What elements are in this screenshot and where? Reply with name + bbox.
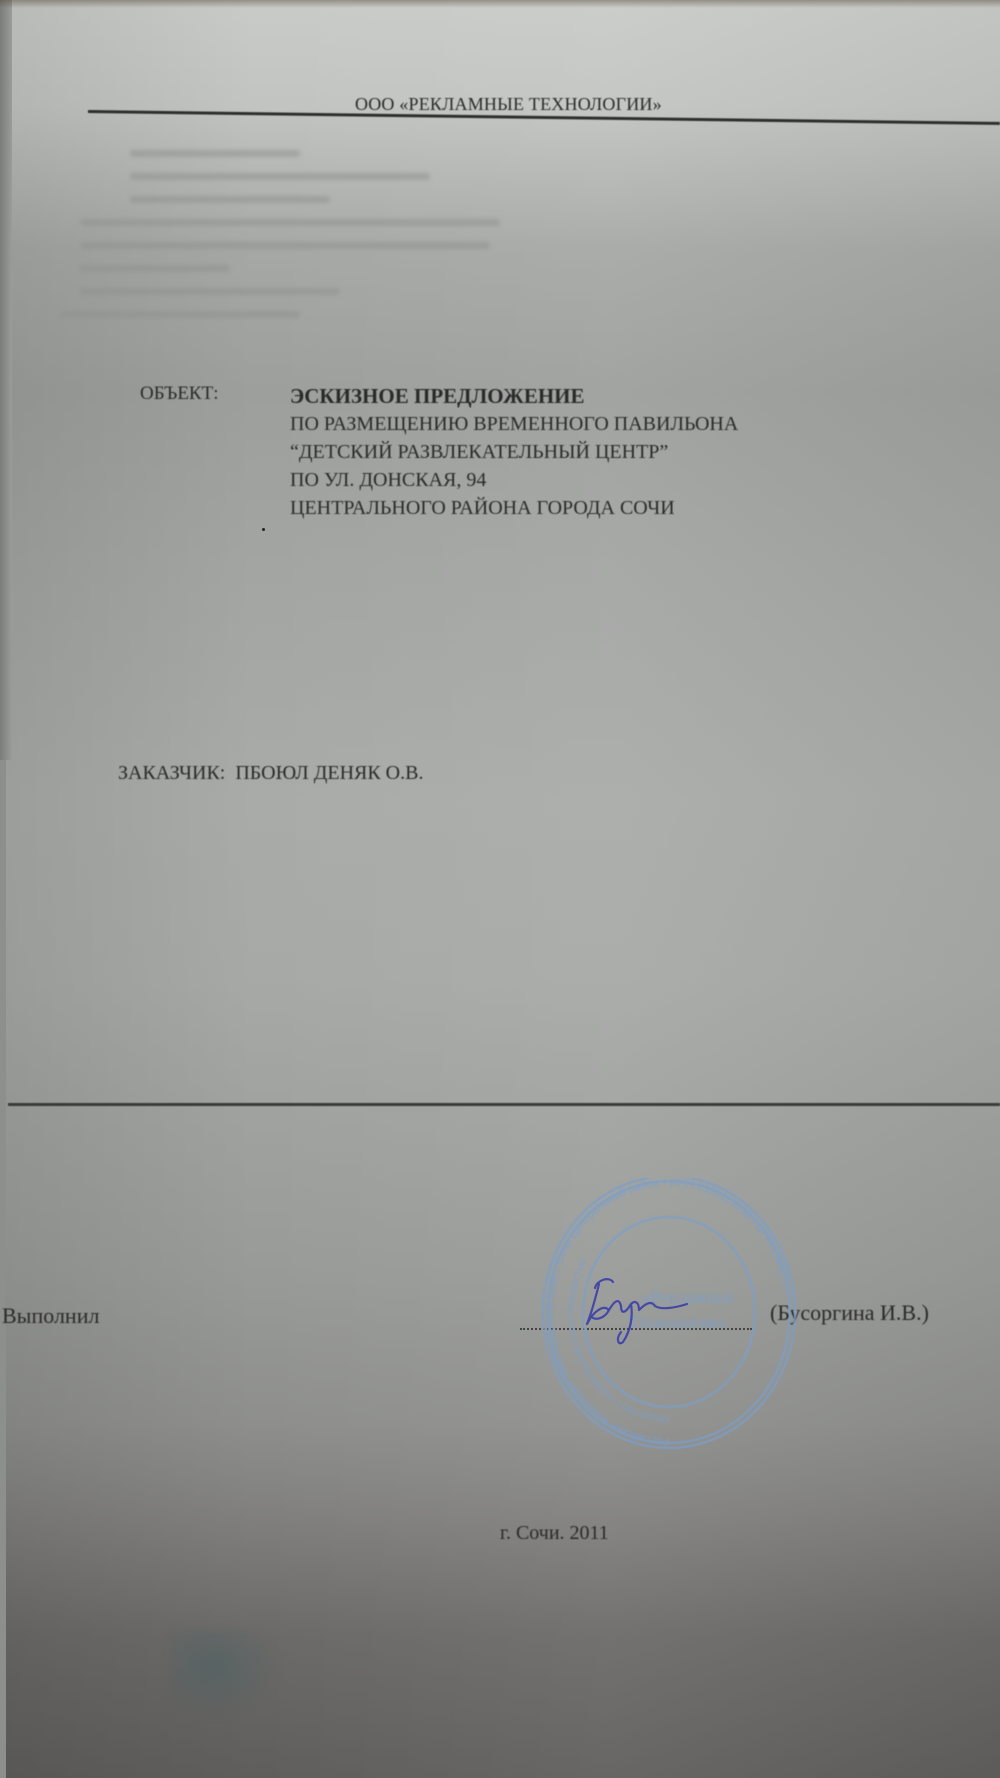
organization-header: ООО «РЕКЛАМНЫЕ ТЕХНОЛОГИИ» [355, 94, 662, 115]
customer-value: ПБОЮЛ ДЕНЯК О.В. [235, 762, 423, 784]
object-line: “ДЕТСКИЙ РАЗВЛЕКАТЕЛЬНЫЙ ЦЕНТР” [290, 438, 738, 466]
performed-by-label: Выполнил [2, 1303, 99, 1329]
object-line: ЦЕНТРАЛЬНОГО РАЙОНА ГОРОДА СОЧИ [290, 494, 738, 522]
customer-label: ЗАКАЗЧИК: [118, 762, 225, 784]
ink-speck [262, 528, 265, 531]
city-year: г. Сочи. 2011 [500, 1522, 609, 1545]
show-through-text [60, 150, 520, 334]
handwritten-signature [575, 1270, 695, 1350]
object-label: ОБЪЕКТ: [140, 383, 219, 405]
object-title: ЭСКИЗНОЕ ПРЕДЛОЖЕНИЕ [290, 382, 738, 410]
page-edge-shadow [0, 0, 12, 760]
top-shadow [0, 0, 1000, 8]
object-description: ЭСКИЗНОЕ ПРЕДЛОЖЕНИЕ ПО РАЗМЕЩЕНИЮ ВРЕМЕ… [290, 382, 738, 522]
section-divider [8, 1103, 1000, 1106]
object-line: ПО РАЗМЕЩЕНИЮ ВРЕМЕННОГО ПАВИЛЬОНА [290, 410, 738, 438]
customer-line: ЗАКАЗЧИК: ПБОЮЛ ДЕНЯК О.В. [118, 762, 423, 785]
smudge [170, 1630, 280, 1720]
object-line: ПО УЛ. ДОНСКАЯ, 94 [290, 466, 738, 494]
